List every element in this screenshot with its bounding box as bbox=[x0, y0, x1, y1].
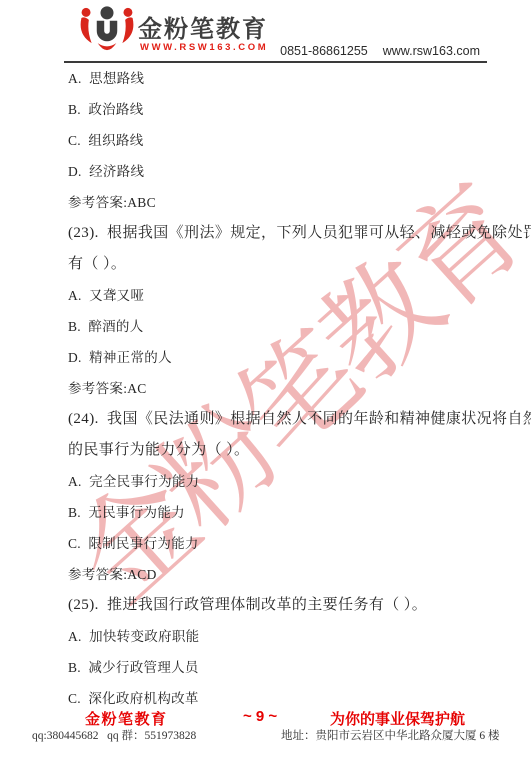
brand-name: 金粉笔教育 bbox=[138, 9, 268, 44]
option-line: A. 完全民事行为能力 bbox=[68, 466, 508, 497]
option-line: D. 精神正常的人 bbox=[68, 342, 508, 373]
footer-qq-info: qq:380445682 qq 群：551973828 bbox=[32, 727, 196, 743]
answer-line: 参考答案:AC bbox=[68, 373, 508, 404]
option-line: B. 减少行政管理人员 bbox=[68, 652, 508, 683]
option-line: A. 又聋又哑 bbox=[68, 280, 508, 311]
option-line: C. 组织路线 bbox=[68, 125, 508, 156]
option-line: D. 经济路线 bbox=[68, 156, 508, 187]
option-line: C. 限制民事行为能力 bbox=[68, 528, 508, 559]
page-number: ~ 9 ~ bbox=[243, 708, 277, 725]
question-line: 的民事行为能力分为（ ）。 bbox=[68, 435, 508, 466]
footer-contact-info: qq:380445682 qq 群：551973828 地址：贵阳市云岩区中华北… bbox=[0, 727, 531, 743]
footer-slogan: 为你的事业保驾护航 bbox=[330, 708, 465, 729]
question-line: (25). 推进我国行政管理体制改革的主要任务有（ ）。 bbox=[68, 590, 508, 621]
footer-banner: 金粉笔教育 ~ 9 ~ 为你的事业保驾护航 bbox=[0, 708, 531, 727]
brand-logo-icon bbox=[78, 4, 136, 58]
question-line: 有（ ）。 bbox=[68, 249, 508, 280]
footer-address: 地址：贵阳市云岩区中华北路众厦大厦 6 楼 bbox=[281, 727, 500, 743]
brand-site-url: WWW.RSW163.COM bbox=[140, 42, 268, 53]
website-url: www.rsw163.com bbox=[383, 44, 480, 58]
option-line: B. 政治路线 bbox=[68, 94, 508, 125]
question-line: (23). 根据我国《刑法》规定，下列人员犯罪可从轻、减轻或免除处罚的 bbox=[68, 218, 508, 249]
header-contact: 0851-86861255 www.rsw163.com bbox=[280, 44, 480, 58]
question-content: A. 思想路线 B. 政治路线 C. 组织路线 D. 经济路线 参考答案:ABC… bbox=[68, 63, 508, 714]
document-page: 金粉笔教育 WWW.RSW163.COM 0851-86861255 www.r… bbox=[0, 0, 531, 759]
option-line: A. 加快转变政府职能 bbox=[68, 621, 508, 652]
question-line: (24). 我国《民法通则》根据自然人不同的年龄和精神健康状况将自然人 bbox=[68, 404, 508, 435]
phone-number: 0851-86861255 bbox=[280, 44, 368, 58]
answer-line: 参考答案:ACD bbox=[68, 559, 508, 590]
answer-line: 参考答案:ABC bbox=[68, 187, 508, 218]
option-line: A. 思想路线 bbox=[68, 63, 508, 94]
footer-brand: 金粉笔教育 bbox=[85, 708, 168, 729]
option-line: B. 醉酒的人 bbox=[68, 311, 508, 342]
option-line: B. 无民事行为能力 bbox=[68, 497, 508, 528]
